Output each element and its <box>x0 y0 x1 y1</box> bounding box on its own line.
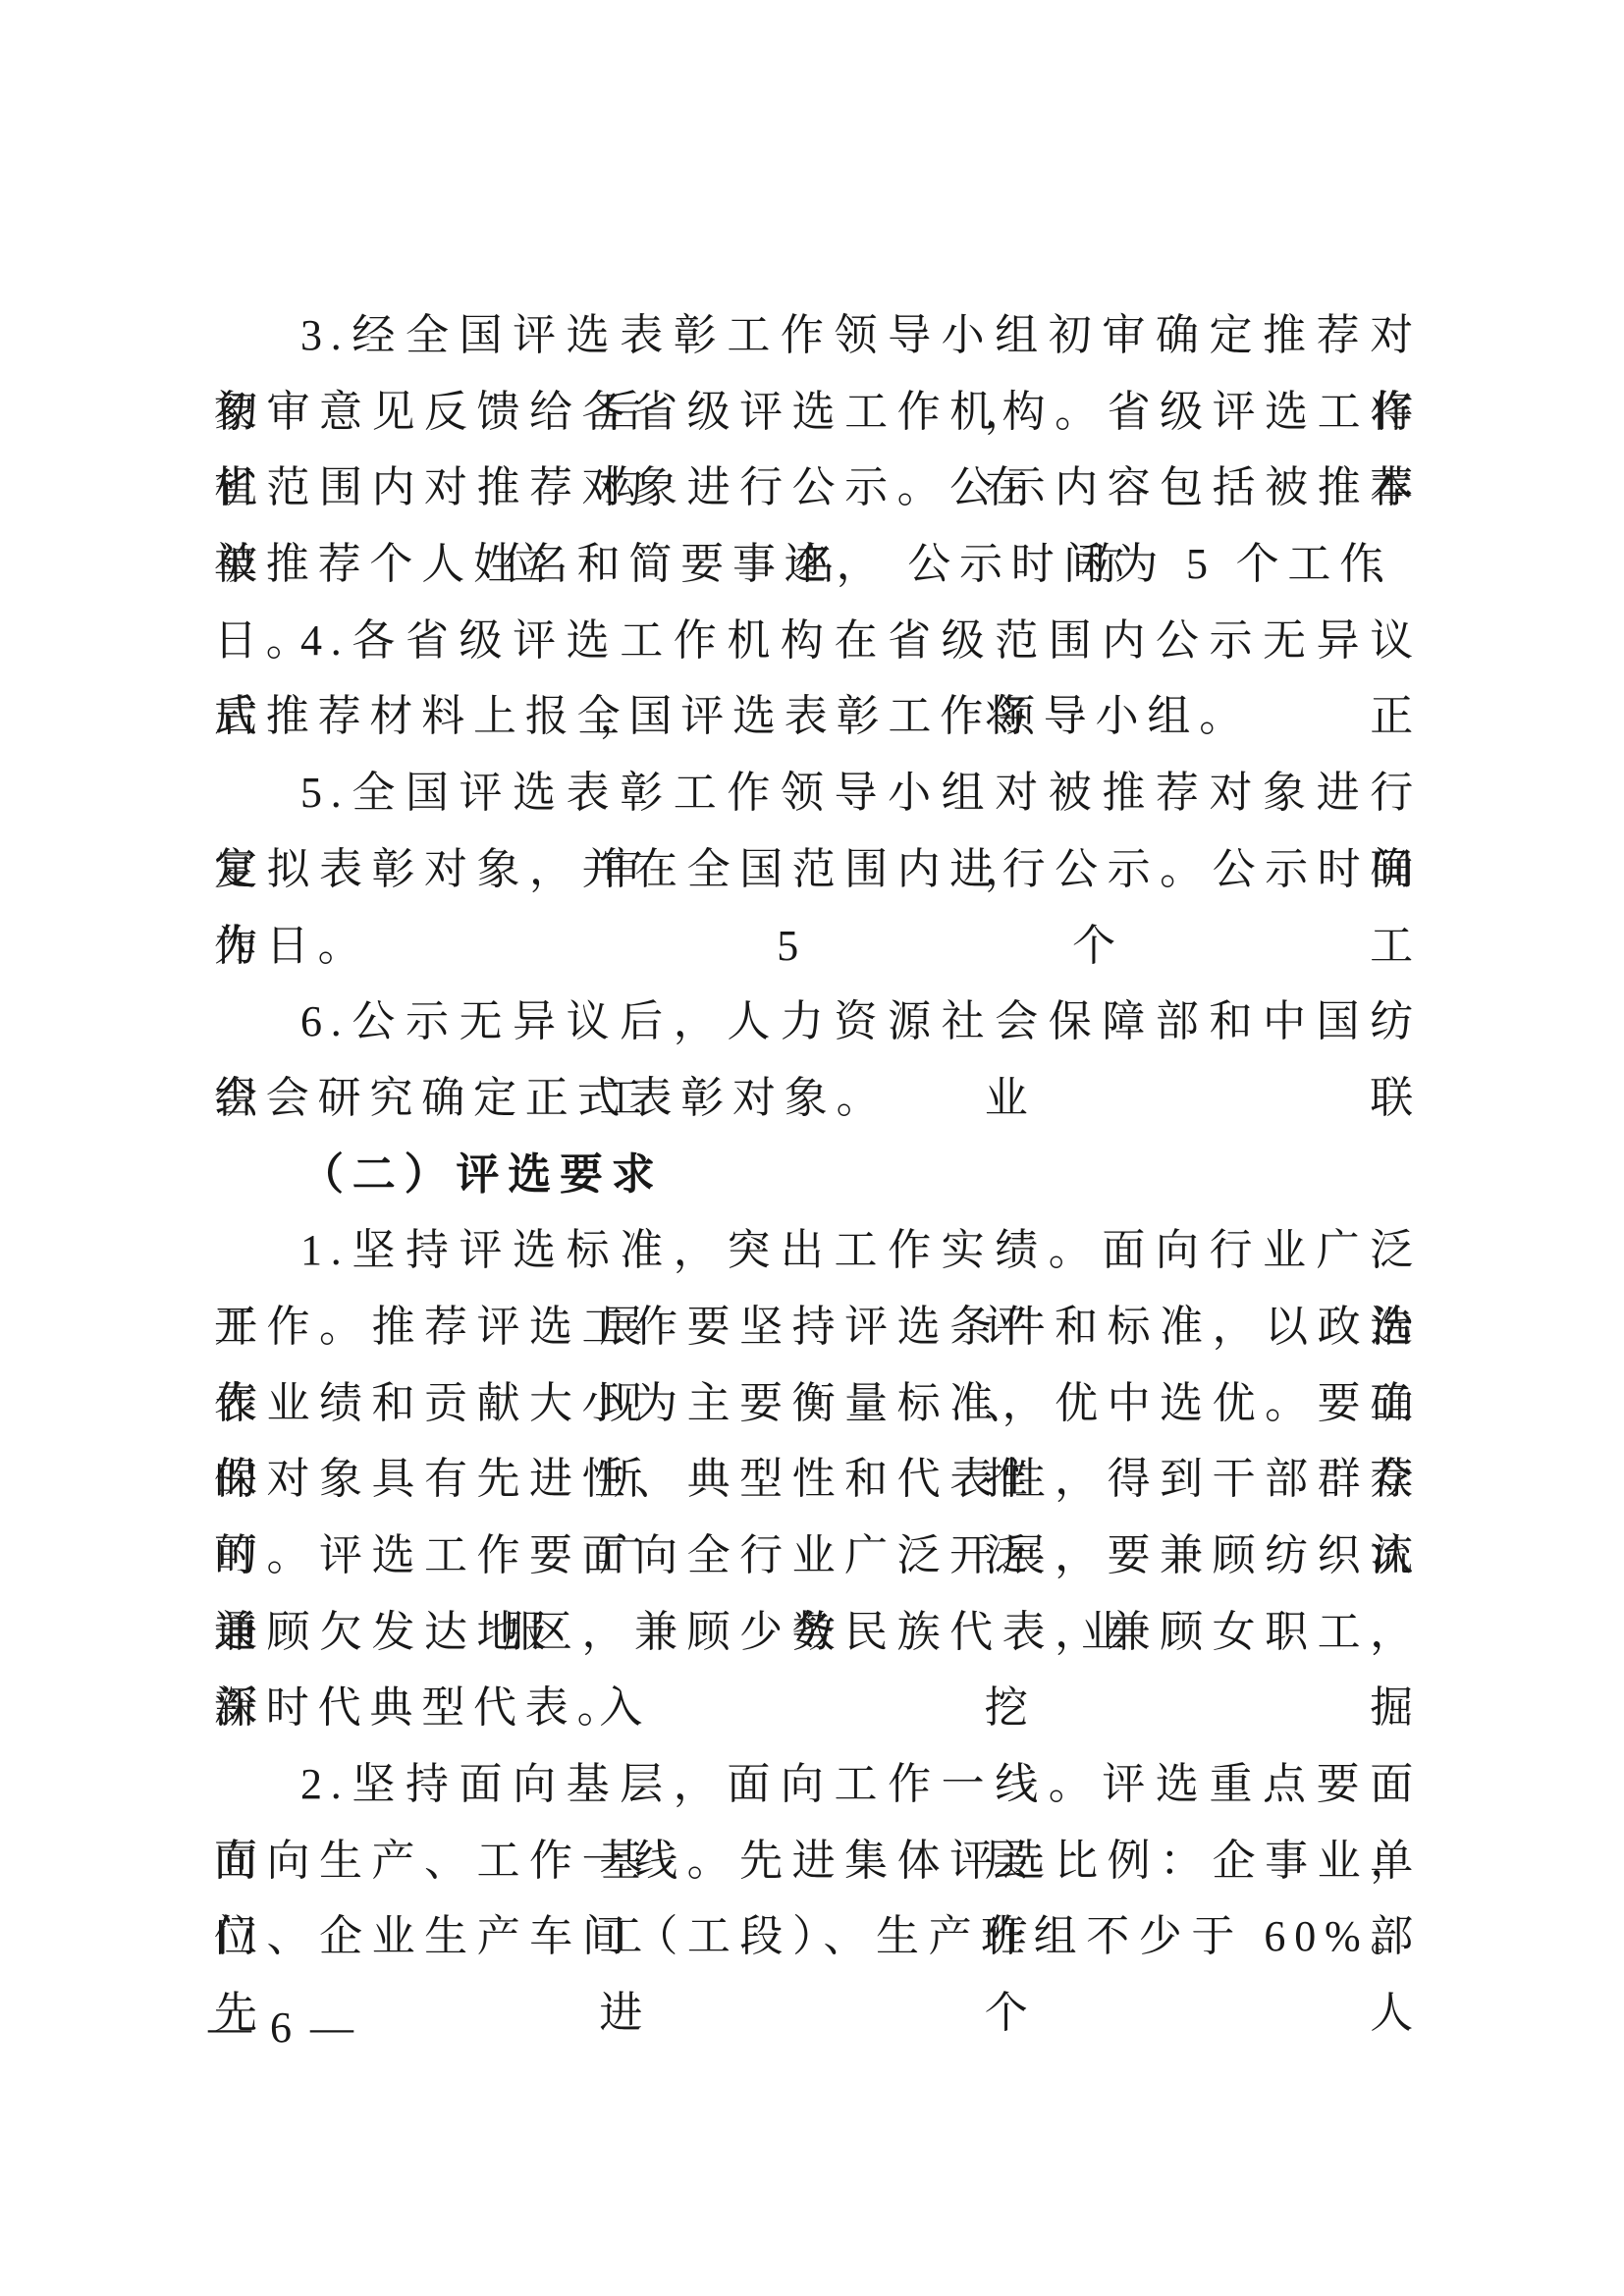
text-line: 被推荐个人姓名和简要事迹， 公示时间为 5 个工作日。 <box>214 526 1422 603</box>
text-line: 作业绩和贡献大小为主要衡量标准，优中选优。要确保所推荐 <box>214 1365 1422 1442</box>
text-line: 省范围内对推荐对象进行公示。公示内容包括被推荐单位名称、 <box>214 450 1422 526</box>
text-line: 式推荐材料上报全国评选表彰工作领导小组。 <box>214 678 1422 755</box>
text-line: 3.经全国评选表彰工作领导小组初审确定推荐对象后，将 <box>214 297 1422 374</box>
text-line: 2.坚持面向基层，面向工作一线。评选重点要面向基层， <box>214 1746 1422 1823</box>
text-line: 1.坚持评选标准，突出工作实绩。面向行业广泛开展评选 <box>214 1212 1422 1289</box>
text-line: 5.全国评选表彰工作领导小组对被推荐对象进行复审，确 <box>214 755 1422 831</box>
text-line: 初审意见反馈给各省级评选工作机构。省级评选工作机构在本 <box>214 374 1422 451</box>
text-line: 工作。推荐评选工作要坚持评选条件和标准，以政治表现、工 <box>214 1289 1422 1365</box>
text-line: 的对象具有先进性、典型性和代表性，得到干部群众的广泛认 <box>214 1441 1422 1518</box>
text-line: 面向生产、工作一线。先进集体评选比例：企事业单位工作部 <box>214 1823 1422 1899</box>
text-line: 可。评选工作要面向全行业广泛开展，要兼顾纺织流通服务业， <box>214 1518 1422 1594</box>
text-line: 定拟表彰对象，并在全国范围内进行公示。公示时间为 5 个工 <box>214 831 1422 908</box>
document-body: 3.经全国评选表彰工作领导小组初审确定推荐对象后，将初审意见反馈给各省级评选工作… <box>214 297 1422 1975</box>
page-number: — 6 — <box>208 2002 357 2054</box>
section-heading: （二）评选要求 <box>214 1137 1422 1213</box>
text-line: 兼顾欠发达地区，兼顾少数民族代表，兼顾女职工，深入挖掘 <box>214 1594 1422 1671</box>
text-line: 门、企业生产车间（工段）、生产班组不少于 60%。先进个人 <box>214 1898 1422 1975</box>
text-line: 4.各省级评选工作机构在省级范围内公示无异议后，将正 <box>214 603 1422 679</box>
text-line: 6.公示无异议后，人力资源社会保障部和中国纺织工业联 <box>214 984 1422 1060</box>
document-page: 3.经全国评选表彰工作领导小组初审确定推荐对象后，将初审意见反馈给各省级评选工作… <box>0 0 1624 2296</box>
